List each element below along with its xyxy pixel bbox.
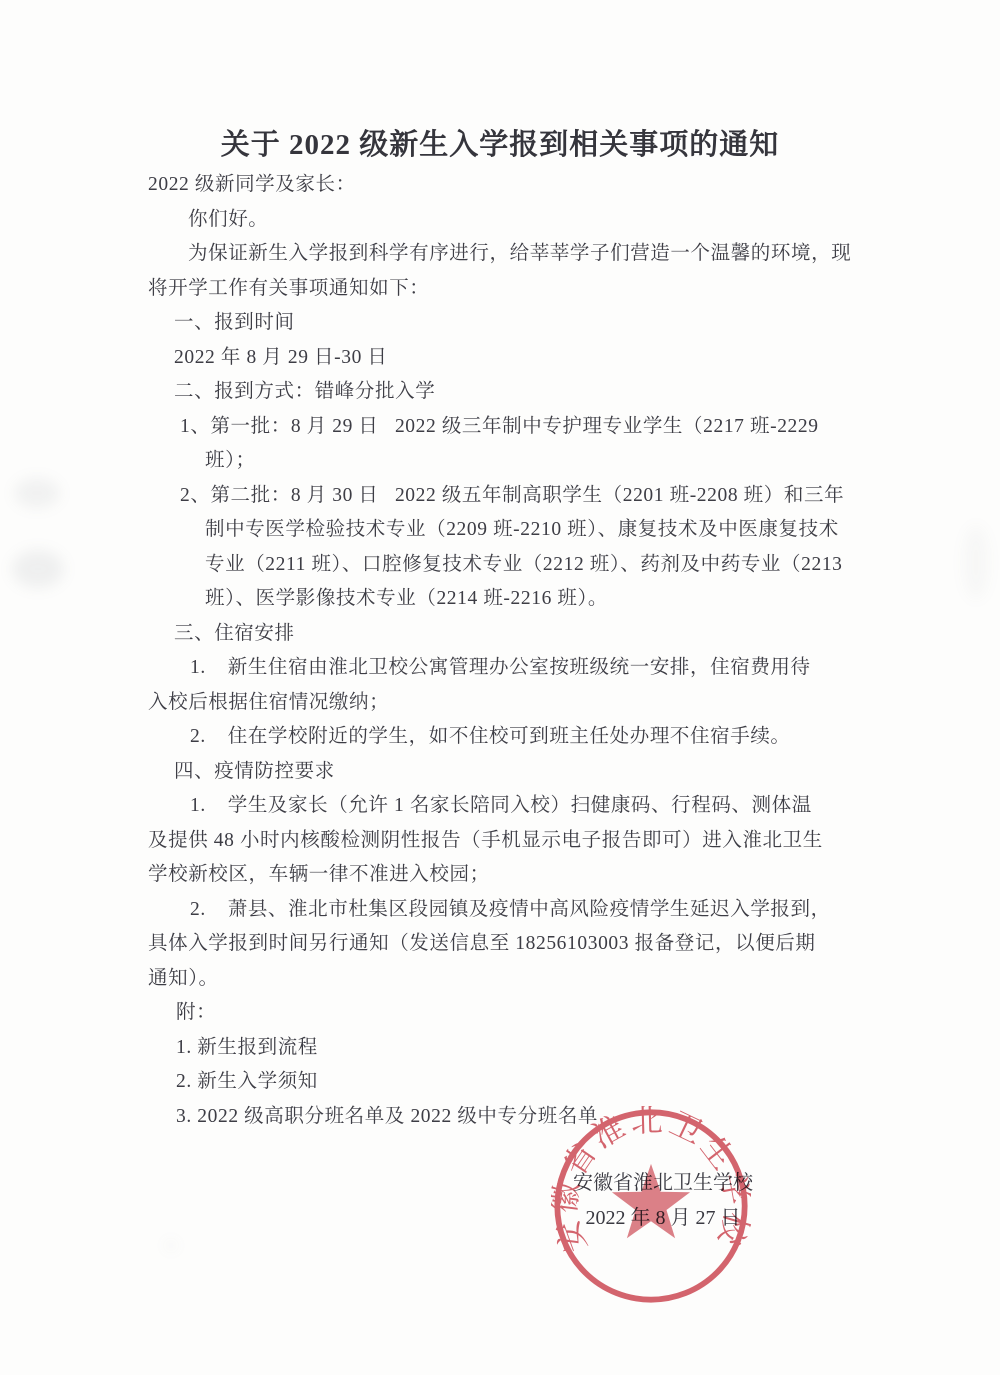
text-line-intro-wrap: 将开学工作有关事项通知如下： [148, 272, 860, 307]
text-line-covid2: 2. 萧县、淮北市杜集区段园镇及疫情中高风险疫情学生延迟入学报到， [148, 893, 860, 928]
attachment-item-1: 1. 新生报到流程 [148, 1031, 860, 1066]
attachment-item-3: 3. 2022 级高职分班名单及 2022 级中专分班名单 [148, 1100, 860, 1135]
text-line-covid2-wrap1: 具体入学报到时间另行通知（发送信息至 18256103003 报备登记，以便后期 [148, 927, 860, 962]
section-heading-4: 四、疫情防控要求 [148, 755, 860, 790]
text-line-batch2-wrap2: 专业（2211 班）、口腔修复技术专业（2212 班）、药剂及中药专业（2213 [148, 548, 860, 583]
scan-smudge [12, 550, 64, 588]
scan-smudge [14, 478, 60, 508]
text-line-lodging1: 1. 新生住宿由淮北卫校公寓管理办公室按班级统一安排，住宿费用待 [148, 651, 860, 686]
scan-smudge [166, 1242, 176, 1249]
text-line-batch1: 1、第一批：8 月 29 日 2022 级三年制中专护理专业学生（2217 班-… [148, 410, 860, 445]
text-line-covid2-wrap2: 通知）。 [148, 962, 860, 997]
text-line-covid1-wrap1: 及提供 48 小时内核酸检测阴性报告（手机显示电子报告即可）进入淮北卫生 [148, 824, 860, 859]
text-line-lodging1-wrap: 入校后根据住宿情况缴纳； [148, 686, 860, 721]
attachment-item-2: 2. 新生入学须知 [148, 1065, 860, 1100]
notice-body: 2022 级新同学及家长： 你们好。 为保证新生入学报到科学有序进行，给莘莘学子… [148, 168, 860, 1134]
text-line-dates: 2022 年 8 月 29 日-30 日 [148, 341, 860, 376]
section-heading-1: 一、报到时间 [148, 306, 860, 341]
text-line-batch2-wrap3: 班）、医学影像技术专业（2214 班-2216 班）。 [148, 582, 860, 617]
text-line-salutation: 2022 级新同学及家长： [148, 168, 860, 203]
signature-block: 安徽省淮北卫生学校 2022 年 8 月 27 日 [558, 1166, 768, 1236]
text-line-greeting: 你们好。 [148, 203, 860, 238]
text-line-batch1-wrap: 班）； [148, 444, 860, 479]
scanned-notice-page: 关于 2022 级新生入学报到相关事项的通知 2022 级新同学及家长： 你们好… [0, 0, 1000, 1375]
scan-smudge [963, 525, 989, 600]
text-line-covid1: 1. 学生及家长（允许 1 名家长陪同入校）扫健康码、行程码、测体温 [148, 789, 860, 824]
signature-date: 2022 年 8 月 27 日 [558, 1201, 768, 1236]
text-line-lodging2: 2. 住在学校附近的学生，如不住校可到班主任处办理不住宿手续。 [148, 720, 860, 755]
section-heading-3: 三、住宿安排 [148, 617, 860, 652]
text-line-covid1-wrap2: 学校新校区，车辆一律不准进入校园； [148, 858, 860, 893]
text-line-intro: 为保证新生入学报到科学有序进行，给莘莘学子们营造一个温馨的环境，现 [148, 237, 860, 272]
attachments-heading: 附： [148, 996, 860, 1031]
text-line-batch2: 2、第二批：8 月 30 日 2022 级五年制高职学生（2201 班-2208… [148, 479, 860, 514]
signature-org: 安徽省淮北卫生学校 [558, 1166, 768, 1201]
section-heading-2: 二、报到方式：错峰分批入学 [148, 375, 860, 410]
notice-title: 关于 2022 级新生入学报到相关事项的通知 [0, 122, 1000, 163]
text-line-batch2-wrap1: 制中专医学检验技术专业（2209 班-2210 班）、康复技术及中医康复技术 [148, 513, 860, 548]
